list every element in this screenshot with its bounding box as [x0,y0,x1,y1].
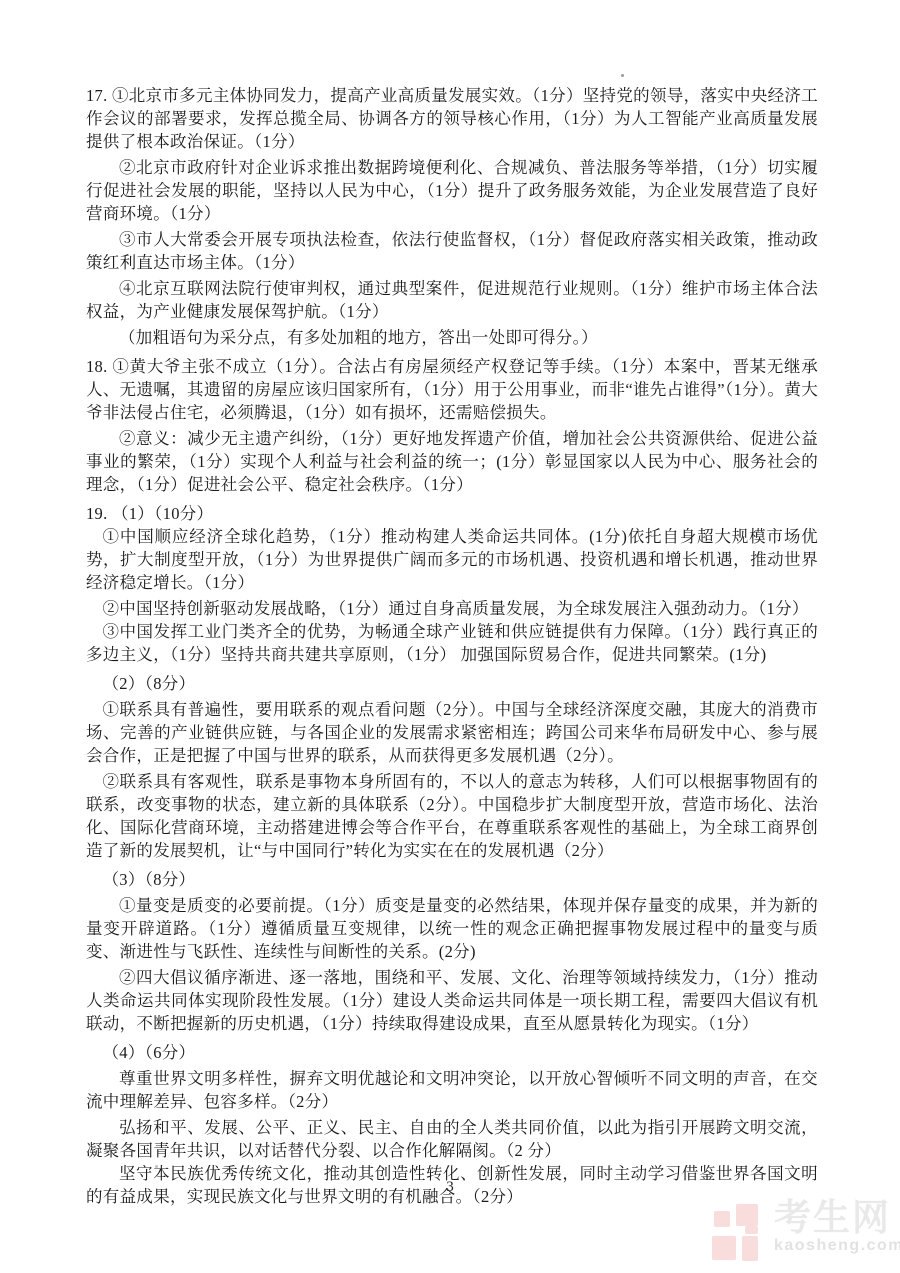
answer-q19-3-point2: ②四大倡议循序渐进、逐一落地，围绕和平、发展、文化、治理等领域持续发力，（1分）… [86,966,818,1035]
answer-key-text: 17. ①北京市多元主体协同发力，提高产业高质量发展实效。（1分）坚持党的领导，… [86,84,818,1208]
answer-q18-part2: ②意义：减少无主遗产纠纷，（1分）更好地发挥遗产价值，增加社会公共资源供给、促进… [86,427,818,496]
answer-q19-4-point1: 尊重世界文明多样性，摒弃文明优越论和文明冲突论，以开放心智倾听不同文明的声音，在… [86,1067,818,1113]
watermark-site-url: kaosheng.com [774,1237,900,1255]
answer-q17-part2: ②北京市政府针对企业诉求推出数据跨境便利化、合规减负、普法服务等举措，（1分）切… [86,156,818,225]
kaosheng-watermark: 考生网 kaosheng.com [712,1199,900,1261]
answer-q19-1-heading: 19. （1）（10分） [86,502,818,525]
answer-q19-2-point1: ①联系具有普遍性，要用联系的观点看问题（2分）。中国与全球经济深度交融，其庞大的… [86,698,818,767]
watermark-text-block: 考生网 kaosheng.com [774,1199,900,1255]
answer-q19-1-point2: ②中国坚持创新驱动发展战略，（1分）通过自身高质量发展，为全球发展注入强劲动力。… [86,597,818,620]
answer-q17-note: （加粗语句为采分点，有多处加粗的地方，答出一处即可得分。） [86,326,818,349]
answer-q17-part3: ③市人大常委会开展专项执法检查，依法行使监督权，（1分）督促政府落实相关政策，推… [86,228,818,274]
answer-q19-4-point2: 弘扬和平、发展、公平、正义、民主、自由的全人类共同价值，以此为指引开展跨文明交流… [86,1116,818,1162]
answer-q18-part1: 18. ①黄大爷主张不成立（1分）。合法占有房屋须经产权登记等手续。（1分）本案… [86,355,818,424]
answer-q19-3-heading: （3）（8分） [86,868,818,891]
watermark-site-name: 考生网 [774,1199,900,1237]
answer-q17-part1: 17. ①北京市多元主体协同发力，提高产业高质量发展实效。（1分）坚持党的领导，… [86,84,818,153]
answer-q17-part4: ④北京互联网法院行使审判权，通过典型案件，促进规范行业规则。（1分）维护市场主体… [86,277,818,323]
scan-speck [621,74,624,77]
document-page: 17. ①北京市多元主体协同发力，提高产业高质量发展实效。（1分）坚持党的领导，… [0,0,900,1273]
page-number: 3 [0,1179,900,1196]
answer-q19-4-heading: （4）（6分） [86,1041,818,1064]
answer-q19-3-point1: ①量变是质变的必要前提。（1分）质变是量变的必然结果，体现并保存量变的成果，并为… [86,894,818,963]
kaosheng-logo-icon [712,1199,764,1261]
answer-q19-2-heading: （2）（8分） [86,672,818,695]
answer-q19-2-point2: ②联系具有客观性，联系是事物本身所固有的，不以人的意志为转移，人们可以根据事物固… [86,770,818,862]
answer-q19-1-point1: ①中国顺应经济全球化趋势，（1分）推动构建人类命运共同体。(1分)依托自身超大规… [86,525,818,594]
answer-q19-1-point3: ③中国发挥工业门类齐全的优势，为畅通全球产业链和供应链提供有力保障。（1分）践行… [86,620,818,666]
scan-speck [155,1165,158,1168]
